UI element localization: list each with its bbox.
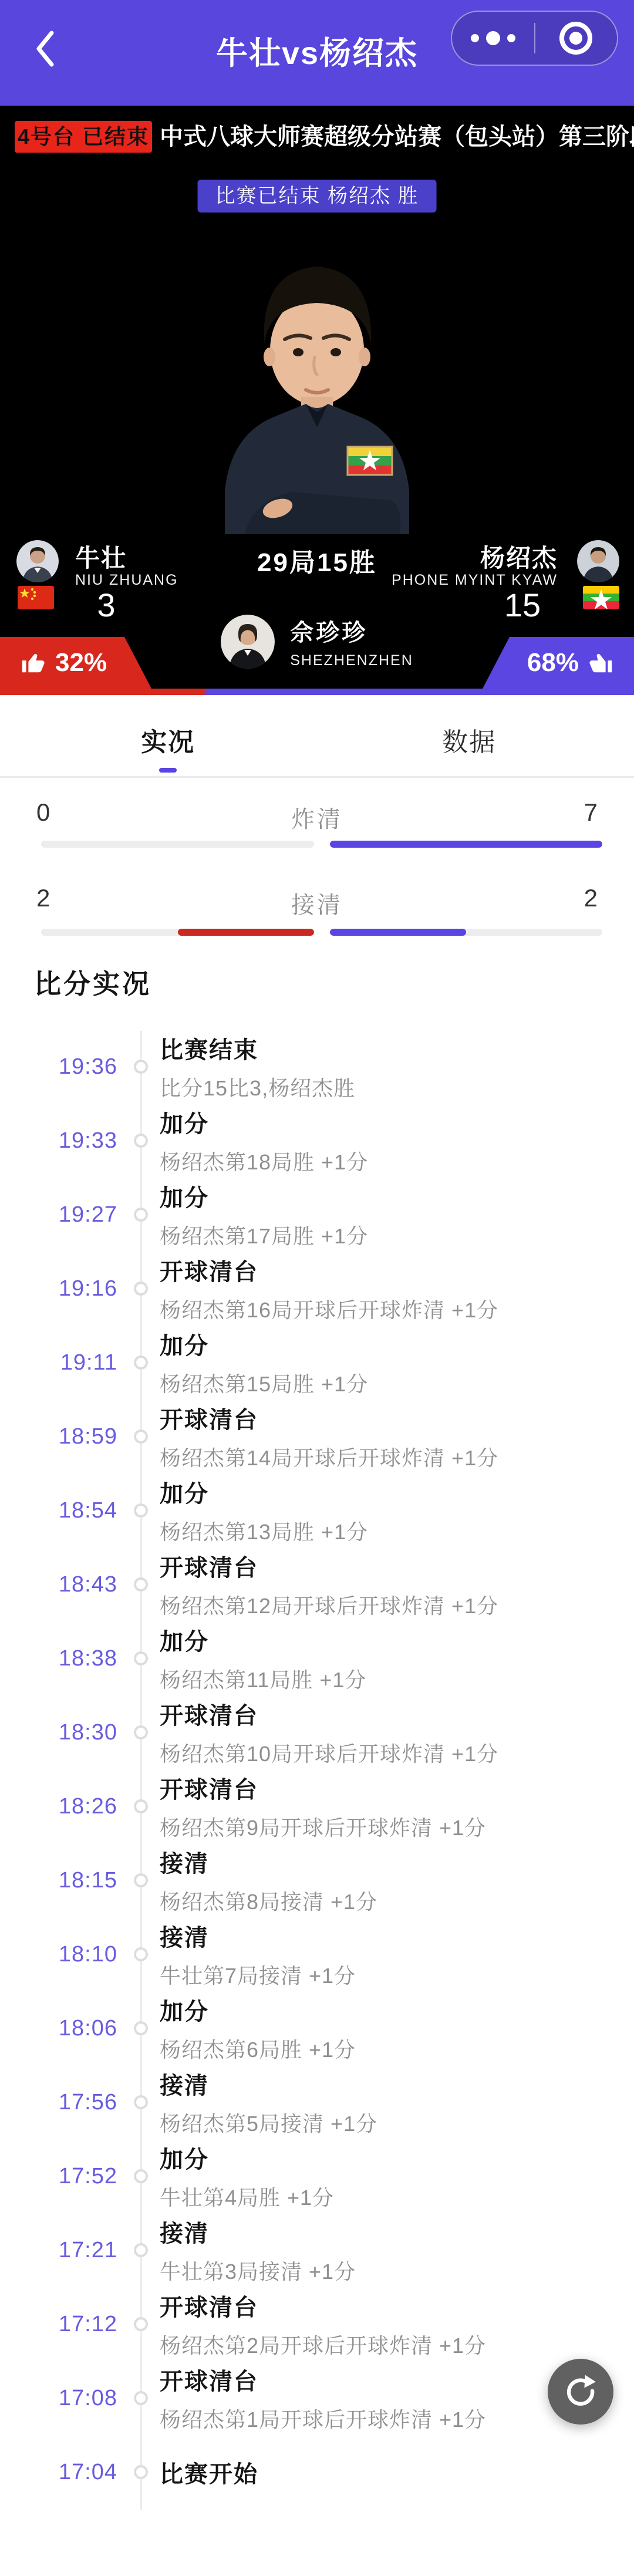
nav-bar: 牛壮vs杨绍杰 (0, 0, 634, 106)
timeline-desc: 杨绍杰第9局开球后开球炸清 +1分 (160, 1812, 486, 1842)
timeline-time: 18:43 (0, 1572, 117, 1597)
timeline-entry: 18:38 加分 杨绍杰第11局胜 +1分 (0, 1621, 634, 1695)
thumb-up-icon (20, 649, 47, 676)
timeline-node-icon (134, 2317, 148, 2331)
timeline-desc: 杨绍杰第6局胜 +1分 (160, 2034, 356, 2064)
vote-right-percent: 68% (527, 648, 579, 677)
timeline-node-icon (134, 2243, 148, 2257)
timeline-desc: 杨绍杰第10局开球后开球炸清 +1分 (160, 1738, 498, 1768)
timeline-node-icon (134, 1134, 148, 1148)
timeline-time: 18:10 (0, 1942, 117, 1967)
timeline-desc: 杨绍杰第12局开球后开球炸清 +1分 (160, 1590, 498, 1620)
stat-right-value: 7 (584, 798, 598, 827)
myanmar-flag-icon (583, 586, 619, 609)
match-hero: 4号台 已结束 中式八球大师赛超级分站赛（包头站）第三阶段 比赛已结束 杨绍杰 … (0, 106, 634, 695)
timeline-time: 17:52 (0, 2164, 117, 2189)
timeline-node-icon (134, 2021, 148, 2035)
timeline-node-icon (134, 2169, 148, 2183)
timeline-entry: 19:11 加分 杨绍杰第15局胜 +1分 (0, 1326, 634, 1400)
timeline-time: 18:30 (0, 1720, 117, 1745)
stat-bar-right (330, 929, 602, 936)
more-button[interactable] (452, 12, 534, 65)
timeline-title: 开球清台 (160, 1771, 486, 1805)
timeline-node-icon (134, 2465, 148, 2479)
timeline-desc: 杨绍杰第8局接清 +1分 (160, 1886, 377, 1916)
timeline-title: 接清 (160, 1919, 356, 1953)
ellipsis-icon (467, 26, 520, 50)
timeline-title: 开球清台 (160, 1697, 498, 1731)
timeline-title: 比赛结束 (160, 1031, 355, 1065)
timeline-desc: 杨绍杰第17局胜 +1分 (160, 1220, 368, 1250)
timeline-time: 18:38 (0, 1646, 117, 1671)
tab-data[interactable]: 数据 (442, 721, 496, 758)
tab-bar: 实况 数据 (0, 695, 634, 778)
timeline-time: 18:26 (0, 1794, 117, 1819)
timeline-time: 18:59 (0, 1424, 117, 1449)
stat-label: 炸清 (0, 801, 634, 834)
timeline-node-icon (134, 1282, 148, 1296)
referee-name-en: SHEZHENZHEN (290, 652, 413, 669)
referee-name: 佘珍珍 (290, 614, 413, 648)
timeline-title: 比赛开始 (160, 2456, 258, 2489)
table-status-badge: 4号台 已结束 (15, 121, 152, 153)
active-tab-underline (159, 768, 177, 773)
timeline-time: 18:54 (0, 1498, 117, 1523)
timeline-entry: 17:52 加分 牛壮第4局胜 +1分 (0, 2139, 634, 2213)
timeline-entry: 19:33 加分 杨绍杰第18局胜 +1分 (0, 1104, 634, 1178)
timeline-desc: 牛壮第7局接清 +1分 (160, 1960, 356, 1990)
vote-ratio-strip (0, 689, 634, 695)
timeline-entry: 18:15 接清 杨绍杰第8局接清 +1分 (0, 1843, 634, 1917)
timeline-entry: 17:08 开球清台 杨绍杰第1局开球后开球炸清 +1分 (0, 2361, 634, 2435)
timeline-title: 加分 (160, 1993, 356, 2027)
tab-live[interactable]: 实况 (141, 721, 195, 758)
timeline-entry: 18:06 加分 杨绍杰第6局胜 +1分 (0, 1991, 634, 2065)
refresh-button[interactable] (548, 2359, 613, 2425)
timeline-node-icon (134, 1356, 148, 1370)
timeline-node-icon (134, 1208, 148, 1222)
timeline-node-icon (134, 1873, 148, 1887)
referee-avatar (221, 615, 275, 669)
match-live-page: 牛壮vs杨绍杰 4号台 已结束 中式八球大师赛超级分站赛（包头站）第三阶段 比赛… (0, 0, 634, 2576)
timeline-title: 接清 (160, 2215, 356, 2248)
timeline-entry: 18:10 接清 牛壮第7局接清 +1分 (0, 1917, 634, 1991)
timeline-desc: 杨绍杰第14局开球后开球炸清 +1分 (160, 1442, 498, 1472)
timeline-time: 19:27 (0, 1202, 117, 1228)
timeline-desc: 杨绍杰第1局开球后开球炸清 +1分 (160, 2403, 486, 2433)
timeline-title: 加分 (160, 1327, 368, 1361)
stat-bar-left (41, 929, 314, 936)
circle-dot-icon (557, 19, 595, 57)
refresh-icon (562, 2373, 599, 2410)
stat-bar-left (41, 841, 314, 848)
timeline-entry: 18:43 开球清台 杨绍杰第12局开球后开球炸清 +1分 (0, 1547, 634, 1621)
timeline-time: 19:11 (0, 1350, 117, 1375)
timeline-entry: 19:36 比赛结束 比分15比3,杨绍杰胜 (0, 1030, 634, 1104)
timeline-time: 19:33 (0, 1128, 117, 1154)
winner-photo (191, 251, 443, 537)
timeline-title: 开球清台 (160, 1253, 498, 1287)
timeline-node-icon (134, 2095, 148, 2109)
timeline-time: 19:36 (0, 1054, 117, 1080)
stat-right-value: 2 (584, 884, 598, 912)
timeline-node-icon (134, 1429, 148, 1444)
player-right-name: 杨绍杰 (480, 539, 558, 574)
timeline-desc: 杨绍杰第18局胜 +1分 (160, 1146, 368, 1176)
timeline-entry: 17:56 接清 杨绍杰第5局接清 +1分 (0, 2065, 634, 2139)
timeline-time: 19:16 (0, 1276, 117, 1302)
thumb-up-icon (587, 649, 614, 676)
timeline-entry: 18:59 开球清台 杨绍杰第14局开球后开球炸清 +1分 (0, 1400, 634, 1474)
china-flag-icon (18, 586, 54, 609)
timeline-title: 加分 (160, 1105, 368, 1139)
stat-bar-right (330, 841, 602, 848)
timeline-time: 17:21 (0, 2238, 117, 2263)
timeline-desc: 杨绍杰第15局胜 +1分 (160, 1368, 368, 1398)
timeline-desc: 牛壮第4局胜 +1分 (160, 2181, 334, 2211)
timeline-title: 加分 (160, 2141, 334, 2174)
timeline-node-icon (134, 1725, 148, 1739)
timeline-entry: 17:04 比赛开始 (0, 2435, 634, 2509)
timeline-time: 18:15 (0, 1868, 117, 1893)
match-result-pill: 比赛已结束 杨绍杰 胜 (198, 180, 437, 213)
stat-label: 接清 (0, 886, 634, 920)
timeline-entry: 17:21 接清 牛壮第3局接清 +1分 (0, 2213, 634, 2287)
timeline-node-icon (134, 1060, 148, 1074)
exit-button[interactable] (535, 12, 618, 65)
timeline-time: 17:12 (0, 2312, 117, 2337)
miniprogram-capsule (451, 11, 618, 66)
timeline-desc: 杨绍杰第13局胜 +1分 (160, 1516, 368, 1546)
timeline-time: 17:04 (0, 2460, 117, 2485)
timeline-title: 接清 (160, 2067, 377, 2100)
timeline-title: 加分 (160, 1179, 368, 1213)
timeline-desc: 杨绍杰第2局开球后开球炸清 +1分 (160, 2329, 486, 2359)
timeline-title: 加分 (160, 1623, 366, 1657)
player-right-avatar (577, 540, 619, 582)
timeline-title: 开球清台 (160, 1549, 498, 1583)
timeline-node-icon (134, 1577, 148, 1592)
timeline-title: 加分 (160, 1475, 368, 1509)
timeline-title: 开球清台 (160, 2289, 486, 2322)
timeline-entry: 19:27 加分 杨绍杰第17局胜 +1分 (0, 1178, 634, 1252)
timeline-time: 18:06 (0, 2016, 117, 2041)
timeline-time: 17:08 (0, 2386, 117, 2411)
timeline-title: 开球清台 (160, 2363, 486, 2396)
timeline-entry: 18:26 开球清台 杨绍杰第9局开球后开球炸清 +1分 (0, 1769, 634, 1843)
timeline-entry: 17:12 开球清台 杨绍杰第2局开球后开球炸清 +1分 (0, 2287, 634, 2361)
tournament-title: 中式八球大师赛超级分站赛（包头站）第三阶段 (160, 121, 629, 153)
timeline-time: 17:56 (0, 2090, 117, 2115)
timeline-entry: 19:16 开球清台 杨绍杰第16局开球后开球炸清 +1分 (0, 1252, 634, 1326)
timeline-desc: 杨绍杰第16局开球后开球炸清 +1分 (160, 1294, 498, 1324)
timeline-desc: 牛壮第3局接清 +1分 (160, 2255, 356, 2285)
timeline-desc: 比分15比3,杨绍杰胜 (160, 1072, 355, 1102)
timeline-node-icon (134, 1503, 148, 1518)
timeline-entry: 18:30 开球清台 杨绍杰第10局开球后开球炸清 +1分 (0, 1695, 634, 1769)
timeline-node-icon (134, 2391, 148, 2405)
timeline-title: 接清 (160, 1845, 377, 1879)
timeline-node-icon (134, 1651, 148, 1665)
section-title: 比分实况 (34, 963, 151, 1002)
vote-left-percent: 32% (55, 648, 107, 677)
timeline-entry: 18:54 加分 杨绍杰第13局胜 +1分 (0, 1474, 634, 1547)
timeline-desc: 杨绍杰第5局接清 +1分 (160, 2108, 377, 2137)
timeline-node-icon (134, 1947, 148, 1961)
timeline-title: 开球清台 (160, 1401, 498, 1435)
timeline-node-icon (134, 1799, 148, 1813)
timeline-desc: 杨绍杰第11局胜 +1分 (160, 1664, 366, 1694)
